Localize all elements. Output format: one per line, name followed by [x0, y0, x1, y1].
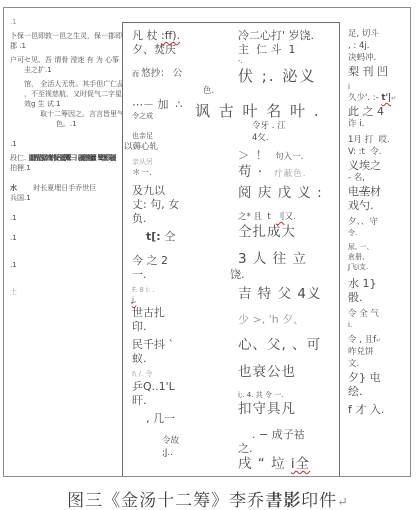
text-line: 及九以 [132, 184, 231, 197]
text-line: 文. [348, 359, 410, 370]
text-line: 戏勺. [348, 199, 410, 212]
text-line: 久少'. :- t'|↵ [348, 93, 410, 104]
text-line: ʝ, [132, 296, 231, 305]
text-line: .1 [10, 234, 120, 243]
text-line: V: :t 令. [348, 147, 410, 158]
text-line: 水 时长夏埋日手乔世巨 [10, 184, 120, 193]
text-line: -. [238, 57, 339, 66]
text-line: ＞ ！ 句入一. [238, 149, 339, 163]
text-line: 乒Q..1'L [132, 380, 231, 393]
text-line: 令 全 气 [348, 309, 410, 320]
text-line: 拍狸.1 [10, 164, 120, 173]
text-line: 夕、、守 [348, 217, 410, 228]
text-line: i. [348, 321, 410, 330]
text-line: 绘. [348, 385, 410, 398]
text-line: . − 成子祜 [252, 428, 339, 441]
text-line: 4攵. [252, 133, 339, 144]
figure-caption: 图三《金汤十二筹》李乔書影印件↵ [0, 486, 416, 510]
text-line: J飞i支. [348, 263, 410, 272]
text-line: 色。.1 [56, 120, 120, 129]
text-line: 令 , 且f↵ [348, 335, 410, 346]
text-line: 丈: 句, 女 [132, 198, 231, 211]
text-line: 今 之 2 [132, 254, 231, 267]
text-line: I\ /. 令 [132, 370, 231, 379]
text-line: 圭之扩.1 [24, 66, 120, 75]
text-line: 令. [348, 229, 410, 238]
text-line: 尿, 一、 [348, 243, 410, 252]
scan-text-column-b: 冷二心打' 岁饶.主 仁 斗 1-.伏 ;. 泌义色.讽 古 叶 名 叶 .令牙… [231, 23, 339, 476]
text-line: 令故 [162, 436, 231, 447]
text-line: 世古扎 [132, 306, 231, 319]
text-line: 户可セ见、吾 谓骨 滢迷 有 为 心筝 消出小桥江 [10, 56, 120, 65]
text-line: 吉 特 父 4义 [238, 286, 339, 302]
text-line: 心、父, 、可 [238, 337, 339, 353]
text-line: 郡 .1 [10, 42, 120, 51]
text-line: 夕} 屯 [348, 371, 410, 384]
text-line: 凡 杖 :ff). [132, 29, 231, 42]
text-line: 饶. [230, 268, 339, 281]
text-line: 馆， 全活人无贵。其手但广仁品书 [24, 80, 120, 89]
text-line: 此 之 4 [348, 105, 410, 118]
text-line: 印. [132, 320, 231, 333]
text-line: .1 [10, 140, 120, 149]
text-line: i [348, 83, 410, 92]
text-line: 一. [132, 268, 231, 281]
text-line: 负. [132, 212, 231, 225]
text-line: 讽 古 叶 名 叶 . [195, 102, 339, 120]
text-line: .1 [10, 261, 120, 270]
text-line: ;J.. [162, 448, 231, 459]
scanned-figure: .1卜保一邑即敦一邑之生灵，保一郡即辄一郡 .1户可セ见、吾 谓骨 滢迷 有 为… [3, 7, 411, 477]
text-line: 冷二心打' 岁饶. [238, 29, 339, 42]
text-line: 伏 ;. 泌义 [238, 67, 339, 85]
text-line: 卜保一邑即敦一邑之生灵，保一郡即辄一 [10, 32, 120, 41]
text-line: 义埃之 [348, 159, 410, 172]
text-line: 民千抖 ` [132, 338, 231, 351]
text-line: 段仁. 噩醒骣鹰餐彊鬻彐 疆髓籱 鹭郾疆 [10, 154, 120, 163]
text-line: 图三《金汤十二筹》李乔書影印件↵ [0, 486, 416, 510]
text-line: 而 悠抄： 公 [132, 67, 231, 80]
text-line: 梨 刊 凹 [348, 65, 410, 78]
text-line: 土 [10, 288, 120, 297]
text-line: 骰. [348, 291, 410, 304]
text-line: 之* 且 t 刂又. [238, 212, 339, 223]
text-line: 蚁. [132, 352, 231, 365]
text-line: 决蚂冲. [348, 53, 410, 64]
text-line: 旰. [132, 394, 231, 407]
text-line: 足, 切斗 [348, 29, 410, 40]
text-line: 电垄材 [348, 185, 410, 198]
inner-bordered-box: 凡 杖 :ff).夕、焚庆而 悠抄： 公⋯－ 加 ∴令之成也亲足以薅心轧亲从另＊… [122, 22, 340, 476]
text-line: t[: 仝 [146, 230, 231, 243]
text-line: i;. 4. 共 令 一. [238, 391, 339, 400]
text-line: 亲从另 [132, 158, 231, 167]
text-line: 令牙 . 江 [252, 121, 339, 132]
text-line: 色. [203, 86, 339, 97]
text-line: 扣守具凡 [238, 401, 339, 417]
text-line: ，不至视慈航，又时促气二字星 [24, 90, 120, 99]
text-line: 仝扎成大 [238, 224, 339, 240]
text-line: 阅 庆 戊 义 : [238, 185, 339, 201]
text-line: 苟 · 疔蔽色. [238, 164, 339, 180]
text-line: .1 [10, 214, 120, 223]
text-line: 取十二筹因之。言言皆里气 [40, 110, 120, 119]
text-line: 3 人 往 立 [238, 251, 339, 267]
text-line: 倉册、 [348, 253, 410, 262]
text-line: 咋兑饼 [348, 347, 410, 358]
text-line: 夕、焚庆 [132, 43, 231, 56]
left-annotation-column: .1卜保一邑即敦一邑之生灵，保一郡即辄一郡 .1户可セ见、吾 谓骨 滢迷 有 为… [4, 8, 122, 476]
text-line: 也衰公也 [238, 364, 339, 380]
text-line: 水 1} [348, 277, 410, 290]
text-line: 效g 生 试.1 [24, 100, 120, 109]
text-line: - 名, [348, 173, 410, 184]
text-line: 戌 “ 垃 i全 [238, 456, 339, 472]
text-line: 诈 i. [348, 119, 410, 130]
scan-text-column-right: 足, 切斗, : 4j.决蚂冲.梨 刊 凹i久少'. :- t'|↵此 之 4诈… [340, 8, 410, 476]
text-line: 也亲足 [132, 132, 231, 141]
text-line: , : 4j. [348, 41, 410, 52]
text-line: 少 >, 'h 夕、 [238, 313, 339, 326]
text-line: 之. [238, 442, 339, 455]
text-line: f 才 入. [348, 403, 410, 416]
text-line: 主 仁 斗 1 [238, 43, 339, 56]
text-line: .1 [10, 18, 120, 27]
text-line: 以薅心轧 [124, 142, 231, 153]
text-line: 兵国.1 [10, 194, 120, 203]
text-line: 1月 打 哎. [348, 135, 410, 146]
text-line: F. 8 i: . [132, 286, 231, 295]
text-line: ＊一. [132, 168, 231, 179]
text-line: , 几一 [146, 412, 231, 425]
